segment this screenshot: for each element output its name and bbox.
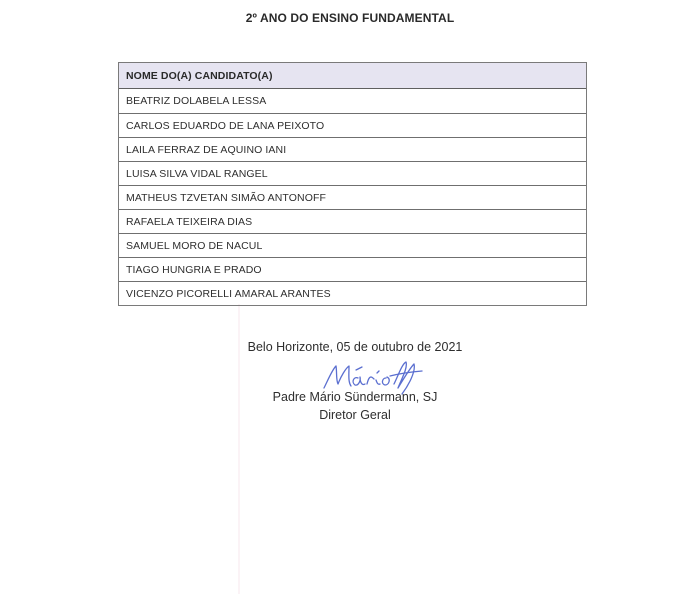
table-row: CARLOS EDUARDO DE LANA PEIXOTO <box>119 113 586 137</box>
table-row: BEATRIZ DOLABELA LESSA <box>119 89 586 113</box>
table-row: MATHEUS TZVETAN SIMÃO ANTONOFF <box>119 185 586 209</box>
table-row: SAMUEL MORO DE NACUL <box>119 233 586 257</box>
candidates-table: NOME DO(A) CANDIDATO(A) BEATRIZ DOLABELA… <box>118 62 587 306</box>
table-row: RAFAELA TEIXEIRA DIAS <box>119 209 586 233</box>
page-title: 2º ANO DO ENSINO FUNDAMENTAL <box>0 11 700 25</box>
table-row: LAILA FERRAZ DE AQUINO IANI <box>119 137 586 161</box>
table-header: NOME DO(A) CANDIDATO(A) <box>119 63 586 89</box>
table-row: TIAGO HUNGRIA E PRADO <box>119 257 586 281</box>
place-date: Belo Horizonte, 05 de outubro de 2021 <box>0 340 700 354</box>
table-row: LUISA SILVA VIDAL RANGEL <box>119 161 586 185</box>
signer-name: Padre Mário Sündermann, SJ <box>0 390 700 404</box>
signer-role: Diretor Geral <box>0 408 700 422</box>
table-row: VICENZO PICORELLI AMARAL ARANTES <box>119 281 586 305</box>
